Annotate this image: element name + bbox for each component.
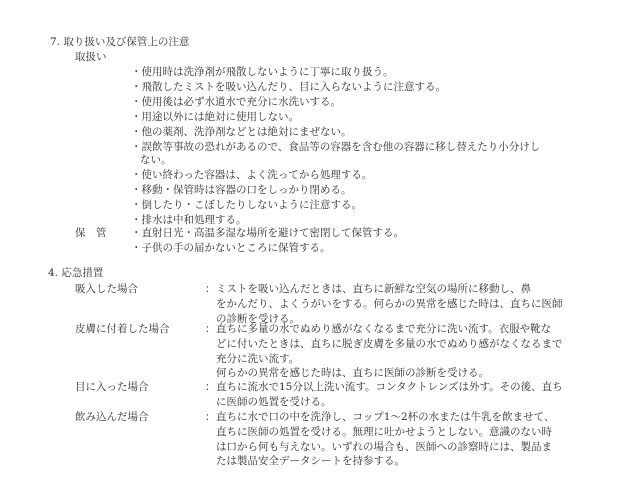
- case-label-skin: 皮膚に付着した場合: [75, 322, 170, 337]
- list-item: ・使用時は洗浄剤が飛散しないように丁寧に取り扱う。: [131, 65, 394, 80]
- case-text-line: 直ちに水で口の中を洗浄し、コップ1～2杯の水または牛乳を飲ませて、: [216, 410, 554, 425]
- list-item: ・倒したり・こぼしたりしないように注意する。: [131, 198, 362, 213]
- storage-label: 保 管: [75, 226, 107, 241]
- case-colon: ：: [205, 380, 216, 395]
- list-item: ・移動・保管時は容器の口をしっかり閉める。: [131, 183, 352, 198]
- section-7-title: 7. 取り扱い及び保管上の注意: [50, 35, 189, 50]
- case-label-eyes: 目に入った場合: [75, 380, 149, 395]
- case-text-line: 何らかの異常を感じた時は、直ちに医師の診断を受ける。: [216, 366, 489, 381]
- case-text-line: 直ちに多量の水でぬめり感がなくなるまで充分に洗い流す。衣服や靴な: [216, 322, 551, 337]
- handling-label: 取扱い: [75, 50, 107, 65]
- list-item-continuation: ない。: [140, 153, 172, 168]
- case-text-line: 直ちに流水で15分以上洗い流す。コンタクトレンズは外す。その後、直ち: [216, 380, 563, 395]
- list-item: ・他の薬剤、洗浄剤などとは絶対にまぜない。: [131, 125, 352, 140]
- case-text-line: たは製品安全データシートを持参する。: [216, 454, 405, 469]
- list-item: ・用途以外には絶対に使用しない。: [131, 110, 299, 125]
- list-item: ・誤飲等事故の恐れがあるので、食品等の容器を含む他の容器に移し替えたり小分けし: [131, 140, 540, 155]
- section-4-title: 4. 応急措置: [48, 266, 103, 281]
- case-label-ingestion: 飲み込んだ場合: [75, 410, 149, 425]
- list-item: ・直射日光・高温多湿な場所を避けて密閉して保管する。: [131, 226, 404, 241]
- list-item: ・飛散したミストを吸い込んだり、目に入らないように注意する。: [131, 80, 446, 95]
- list-item: ・使用後は必ず水道水で充分に水洗いする。: [131, 95, 341, 110]
- case-colon: ：: [205, 410, 216, 425]
- case-text-line: に医師の処置を受ける。: [216, 395, 332, 410]
- case-text-line: 充分に洗い流す。: [216, 352, 299, 367]
- list-item: ・使い終わった容器は、よく洗ってから処理する。: [131, 168, 372, 183]
- case-text-line: ミストを吸い込んだときは、直ちに新鮮な空気の場所に移動し、鼻: [216, 282, 531, 297]
- case-text-line: 直ちに医師の処置を受ける。無理に吐かせようとしない。意識のない時: [216, 425, 552, 440]
- case-label-inhalation: 吸入した場合: [75, 282, 138, 297]
- case-colon: ：: [205, 282, 216, 297]
- case-text-line: は口から何も与えない。いずれの場合も、医師への診察時には、製品ま: [216, 440, 552, 455]
- case-text-line: どに付いたときは、直ちに脱ぎ皮膚を多量の水でぬめり感がなくなるまで: [216, 337, 563, 352]
- case-colon: ：: [205, 322, 216, 337]
- list-item: ・子供の手の届かないところに保管する。: [131, 241, 331, 256]
- case-text-line: をかんだり、よくうがいをする。何らかの異常を感じた時は、直ちに医師: [216, 297, 563, 312]
